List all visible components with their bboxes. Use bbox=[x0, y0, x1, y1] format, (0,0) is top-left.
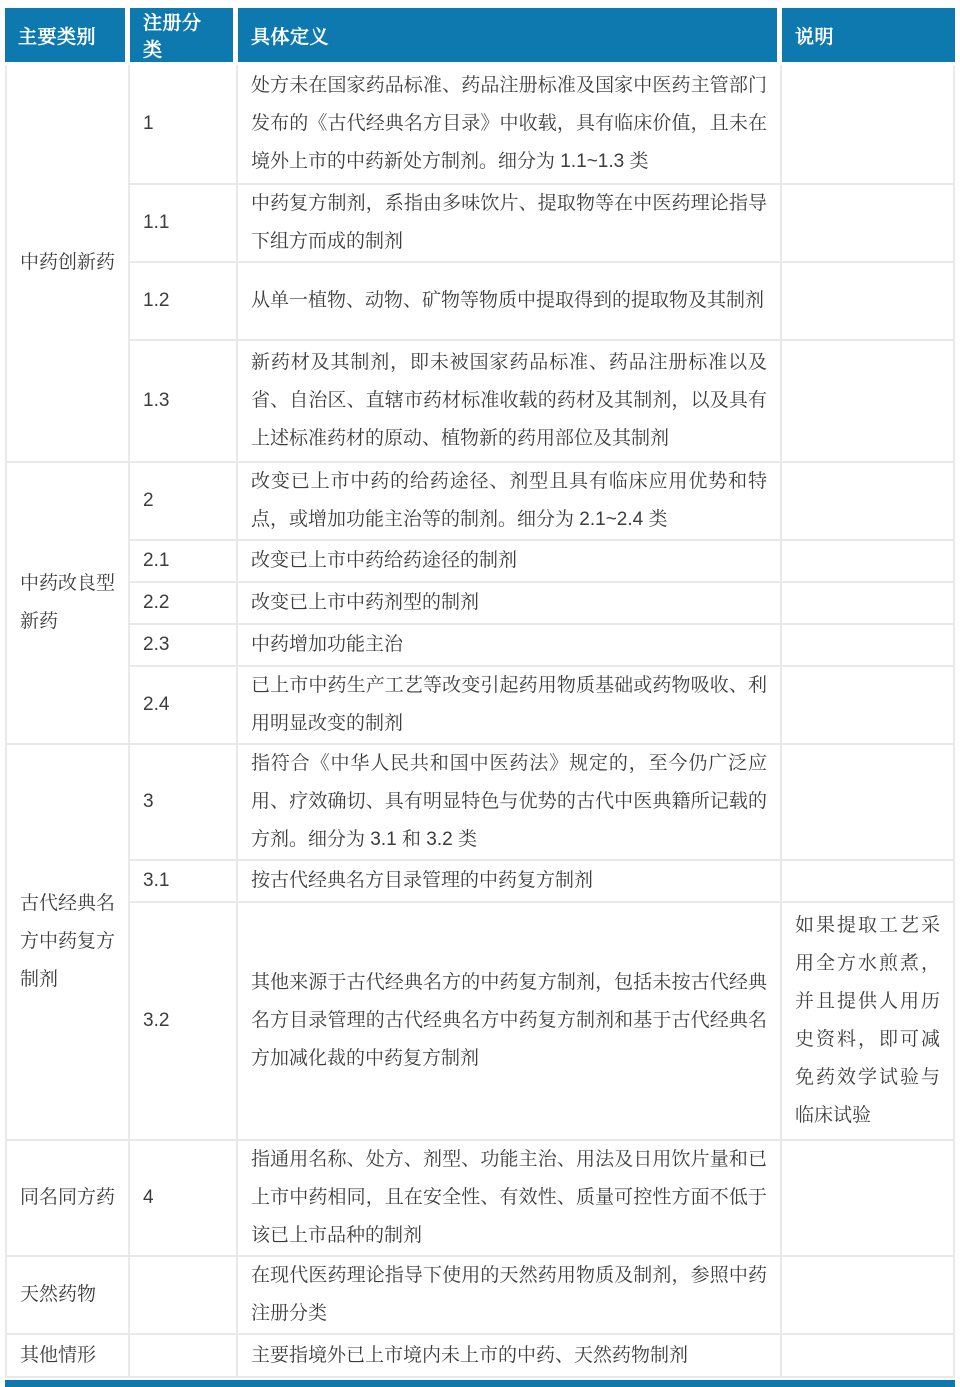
note-cell bbox=[782, 65, 955, 185]
definition-cell: 按古代经典名方目录管理的中药复方制剂 bbox=[238, 861, 782, 903]
note-cell bbox=[782, 541, 955, 583]
registration-class-cell: 2.1 bbox=[130, 541, 238, 583]
table-row: 2.2改变已上市中药剂型的制剂 bbox=[5, 583, 955, 625]
note-cell bbox=[782, 263, 955, 341]
registration-class-cell: 1 bbox=[130, 65, 238, 185]
table-header-row: 主要类别 注册分类 具体定义 说明 bbox=[5, 8, 955, 65]
header-cell-category: 主要类别 bbox=[5, 8, 130, 65]
definition-cell: 中药复方制剂，系指由多味饮片、提取物等在中医药理论指导下组方而成的制剂 bbox=[238, 185, 782, 263]
table-row: 1.1中药复方制剂，系指由多味饮片、提取物等在中医药理论指导下组方而成的制剂 bbox=[5, 185, 955, 263]
definition-cell: 在现代医药理论指导下使用的天然药用物质及制剂，参照中药注册分类 bbox=[238, 1257, 782, 1335]
note-cell bbox=[782, 667, 955, 745]
note-cell bbox=[782, 861, 955, 903]
table-row: 2.4已上市中药生产工艺等改变引起药用物质基础或药物吸收、利用明显改变的制剂 bbox=[5, 667, 955, 745]
definition-cell: 主要指境外已上市境内未上市的中药、天然药物制剂 bbox=[238, 1335, 782, 1378]
category-cell: 天然药物 bbox=[5, 1257, 130, 1335]
category-cell: 同名同方药 bbox=[5, 1141, 130, 1257]
registration-class-cell: 1.2 bbox=[130, 263, 238, 341]
registration-class-cell: 3.1 bbox=[130, 861, 238, 903]
classification-table: 主要类别 注册分类 具体定义 说明 中药创新药1处方未在国家药品标准、药品注册标… bbox=[5, 8, 955, 1378]
registration-class-cell: 2.3 bbox=[130, 625, 238, 667]
table-row: 2.3中药增加功能主治 bbox=[5, 625, 955, 667]
table-row: 1.3新药材及其制剂，即未被国家药品标准、药品注册标准以及省、自治区、直辖市药材… bbox=[5, 341, 955, 463]
definition-cell: 从单一植物、动物、矿物等物质中提取得到的提取物及其制剂 bbox=[238, 263, 782, 341]
registration-class-cell: 2 bbox=[130, 463, 238, 541]
table-row: 2.1改变已上市中药给药途径的制剂 bbox=[5, 541, 955, 583]
registration-class-cell: 1.3 bbox=[130, 341, 238, 463]
registration-class-cell bbox=[130, 1257, 238, 1335]
definition-cell: 指通用名称、处方、剂型、功能主治、用法及日用饮片量和已上市中药相同，且在安全性、… bbox=[238, 1141, 782, 1257]
note-cell bbox=[782, 463, 955, 541]
note-cell bbox=[782, 185, 955, 263]
definition-cell: 处方未在国家药品标准、药品注册标准及国家中医药主管部门发布的《古代经典名方目录》… bbox=[238, 65, 782, 185]
table-bottom-accent-bar bbox=[5, 1380, 955, 1387]
registration-class-cell: 3.2 bbox=[130, 903, 238, 1141]
note-cell bbox=[782, 745, 955, 861]
note-cell bbox=[782, 625, 955, 667]
registration-class-cell: 1.1 bbox=[130, 185, 238, 263]
definition-cell: 新药材及其制剂，即未被国家药品标准、药品注册标准以及省、自治区、直辖市药材标准收… bbox=[238, 341, 782, 463]
table-row: 中药创新药1处方未在国家药品标准、药品注册标准及国家中医药主管部门发布的《古代经… bbox=[5, 65, 955, 185]
note-cell bbox=[782, 341, 955, 463]
note-cell: 如果提取工艺采用全方水煎煮，并且提供人用历史资料，即可减免药效学试验与临床试验 bbox=[782, 903, 955, 1141]
header-cell-definition: 具体定义 bbox=[238, 8, 782, 65]
definition-cell: 指符合《中华人民共和国中医药法》规定的，至今仍广泛应用、疗效确切、具有明显特色与… bbox=[238, 745, 782, 861]
table-body: 中药创新药1处方未在国家药品标准、药品注册标准及国家中医药主管部门发布的《古代经… bbox=[5, 65, 955, 1378]
category-cell: 古代经典名方中药复方制剂 bbox=[5, 745, 130, 1141]
note-cell bbox=[782, 1141, 955, 1257]
table-row: 中药改良型新药2改变已上市中药的给药途径、剂型且具有临床应用优势和特点，或增加功… bbox=[5, 463, 955, 541]
table-row: 3.2其他来源于古代经典名方的中药复方制剂，包括未按古代经典名方目录管理的古代经… bbox=[5, 903, 955, 1141]
category-cell: 中药改良型新药 bbox=[5, 463, 130, 745]
definition-cell: 改变已上市中药给药途径的制剂 bbox=[238, 541, 782, 583]
table-row: 1.2从单一植物、动物、矿物等物质中提取得到的提取物及其制剂 bbox=[5, 263, 955, 341]
definition-cell: 改变已上市中药剂型的制剂 bbox=[238, 583, 782, 625]
table-row: 3.1按古代经典名方目录管理的中药复方制剂 bbox=[5, 861, 955, 903]
category-cell: 中药创新药 bbox=[5, 65, 130, 463]
registration-class-cell: 3 bbox=[130, 745, 238, 861]
classification-table-page: 主要类别 注册分类 具体定义 说明 中药创新药1处方未在国家药品标准、药品注册标… bbox=[5, 8, 955, 1387]
note-cell bbox=[782, 1257, 955, 1335]
header-cell-registration-class: 注册分类 bbox=[130, 8, 238, 65]
table-row: 天然药物在现代医药理论指导下使用的天然药用物质及制剂，参照中药注册分类 bbox=[5, 1257, 955, 1335]
registration-class-cell bbox=[130, 1335, 238, 1378]
definition-cell: 已上市中药生产工艺等改变引起药用物质基础或药物吸收、利用明显改变的制剂 bbox=[238, 667, 782, 745]
registration-class-cell: 2.2 bbox=[130, 583, 238, 625]
registration-class-cell: 4 bbox=[130, 1141, 238, 1257]
table-row: 同名同方药4指通用名称、处方、剂型、功能主治、用法及日用饮片量和已上市中药相同，… bbox=[5, 1141, 955, 1257]
registration-class-cell: 2.4 bbox=[130, 667, 238, 745]
definition-cell: 改变已上市中药的给药途径、剂型且具有临床应用优势和特点，或增加功能主治等的制剂。… bbox=[238, 463, 782, 541]
header-cell-note: 说明 bbox=[782, 8, 955, 65]
table-row: 其他情形主要指境外已上市境内未上市的中药、天然药物制剂 bbox=[5, 1335, 955, 1378]
category-cell: 其他情形 bbox=[5, 1335, 130, 1378]
definition-cell: 其他来源于古代经典名方的中药复方制剂，包括未按古代经典名方目录管理的古代经典名方… bbox=[238, 903, 782, 1141]
definition-cell: 中药增加功能主治 bbox=[238, 625, 782, 667]
note-cell bbox=[782, 583, 955, 625]
note-cell bbox=[782, 1335, 955, 1378]
table-row: 古代经典名方中药复方制剂3指符合《中华人民共和国中医药法》规定的，至今仍广泛应用… bbox=[5, 745, 955, 861]
